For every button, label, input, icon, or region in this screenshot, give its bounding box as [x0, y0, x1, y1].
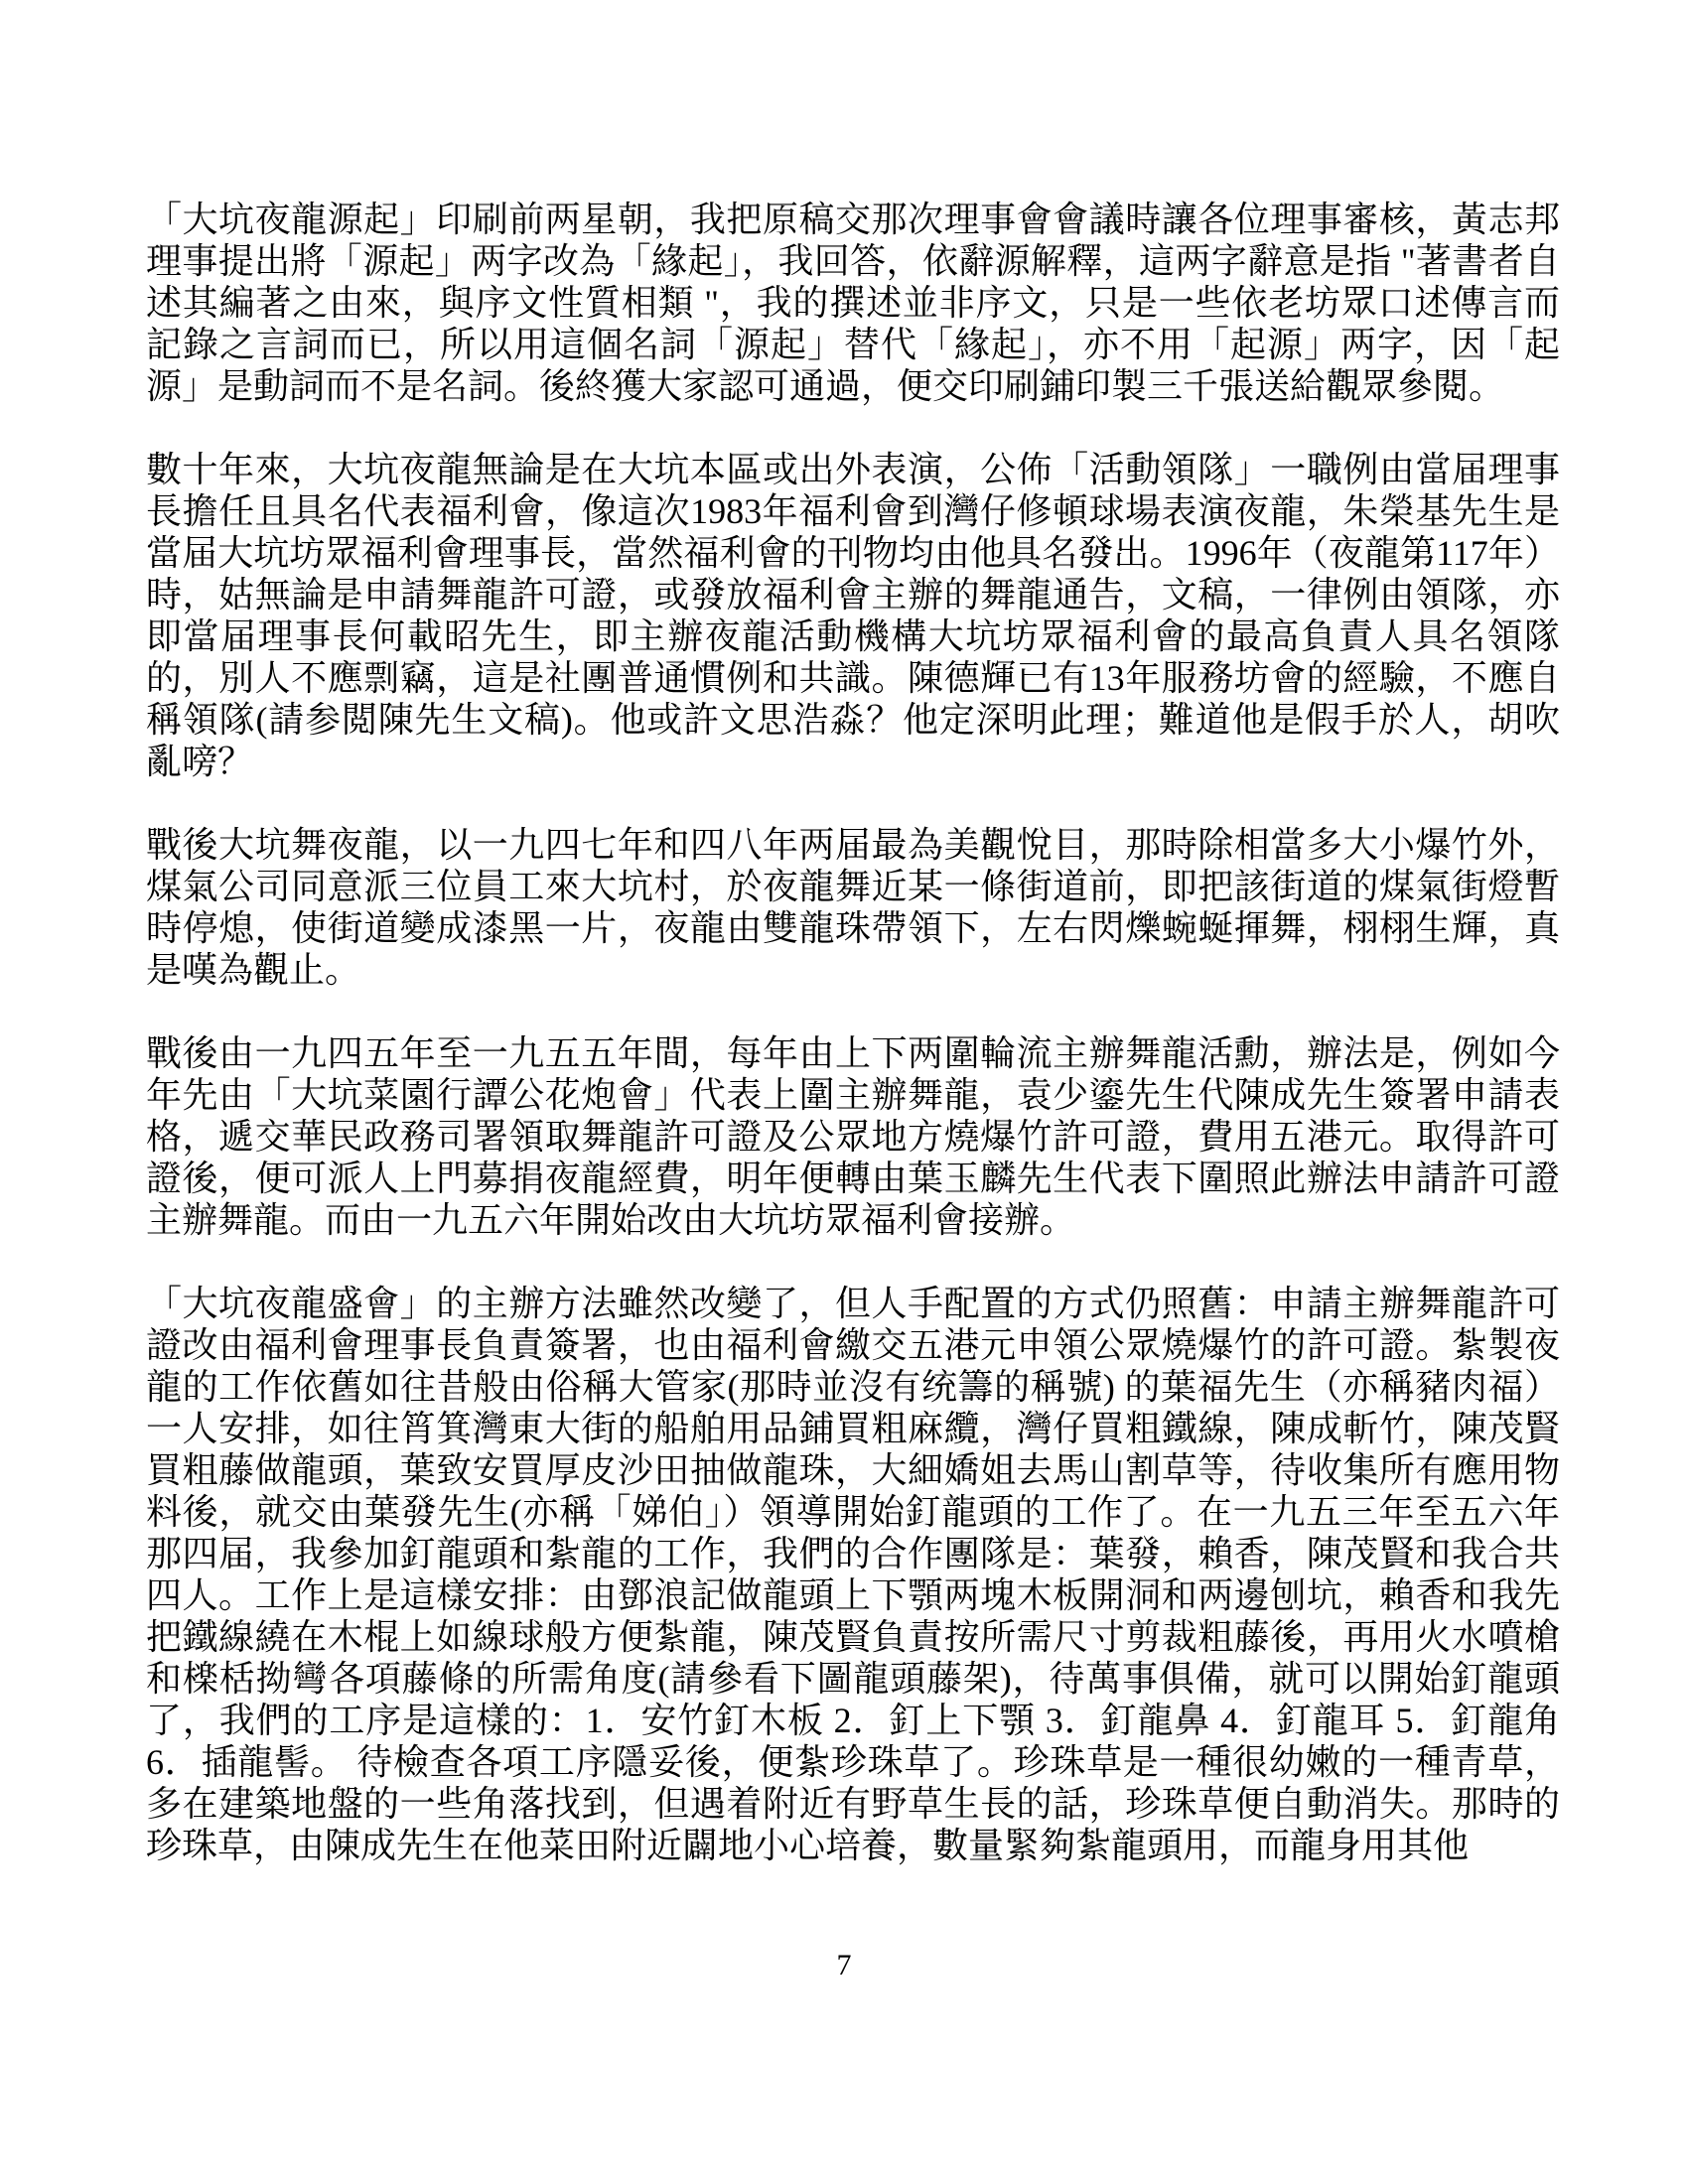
paragraph-activity-leader: 數十年來，大坑夜龍無論是在大坑本區或出外表演，公佈「活動領隊」一職例由當届理事長…: [146, 449, 1560, 782]
paragraph-origin-of-title: 「大坑夜龍源起」印刷前两星朝，我把原稿交那次理事會會議時讓各位理事審核，黃志邦理…: [146, 199, 1560, 407]
page-number: 7: [0, 1948, 1688, 1983]
document-page: 「大坑夜龍源起」印刷前两星朝，我把原稿交那次理事會會議時讓各位理事審核，黃志邦理…: [0, 0, 1688, 2184]
document-body-text: 「大坑夜龍源起」印刷前两星朝，我把原稿交那次理事會會議時讓各位理事審核，黃志邦理…: [146, 199, 1560, 1908]
paragraph-postwar-performance: 戰後大坑舞夜龍，以一九四七年和四八年两届最為美觀悅目，那時除相當多大小爆竹外，煤…: [146, 824, 1560, 991]
paragraph-dragon-making-process: 「大坑夜龍盛會」的主辦方法雖然改變了，但人手配置的方式仍照舊：申請主辦舞龍許可證…: [146, 1283, 1560, 1866]
paragraph-1945-1955-organizing: 戰後由一九四五年至一九五五年間，每年由上下两圍輪流主辦舞龍活勳，辦法是，例如今年…: [146, 1032, 1560, 1241]
